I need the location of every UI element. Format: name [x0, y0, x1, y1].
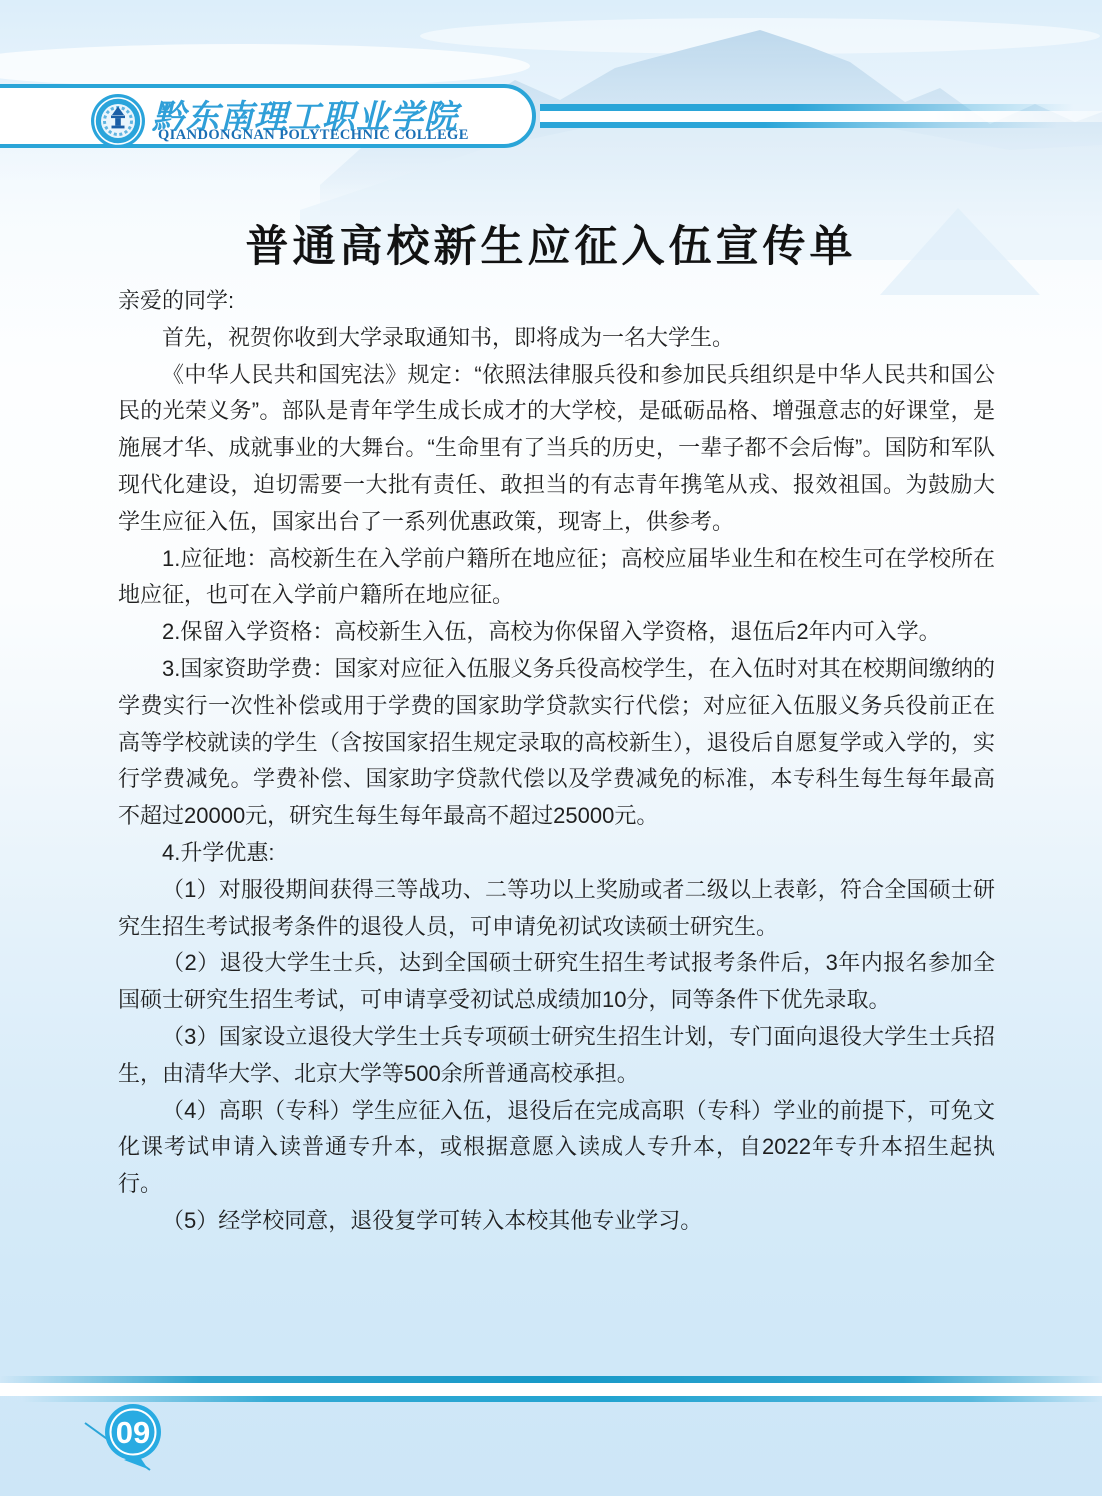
paragraph: （5）经学校同意，退役复学可转入本校其他专业学习。 — [118, 1203, 995, 1240]
header-stripes — [540, 104, 1102, 128]
divider-line-middle — [0, 1383, 1102, 1396]
footer-divider-band — [0, 1376, 1102, 1402]
page-number-badge: 09 — [78, 1400, 170, 1480]
paragraph: 2.保留入学资格：高校新生入伍，高校为你保留入学资格，退伍后2年内可入学。 — [118, 614, 995, 651]
stripe-line-top — [540, 104, 1102, 111]
stripe-line-bottom — [540, 122, 1102, 128]
divider-line-top — [0, 1376, 1102, 1383]
paragraph: 《中华人民共和国宪法》规定：“依照法律服兵役和参加民兵组织是中华人民共和国公民的… — [118, 357, 995, 541]
letter-body: 亲爱的同学: 首先，祝贺你收到大学录取通知书，即将成为一名大学生。 《中华人民共… — [118, 283, 995, 1240]
paragraph: （3）国家设立退役大学生士兵专项硕士研究生招生计划，专门面向退役大学生士兵招生，… — [118, 1019, 995, 1093]
paragraph: 1.应征地：高校新生在入学前户籍所在地应征；高校应届毕业生和在校生可在学校所在地… — [118, 541, 995, 615]
paragraph: 首先，祝贺你收到大学录取通知书，即将成为一名大学生。 — [118, 320, 995, 357]
school-name-english: QIANDONGNAN POLYTECHNIC COLLEGE — [158, 127, 469, 144]
page-number: 09 — [116, 1415, 150, 1450]
paragraph: （2）退役大学生士兵，达到全国硕士研究生招生考试报考条件后，3年内报名参加全国硕… — [118, 945, 995, 1019]
paragraph: 4.升学优惠: — [118, 835, 995, 872]
paragraph: 3.国家资助学费：国家对应征入伍服义务兵役高校学生，在入伍时对其在校期间缴纳的学… — [118, 651, 995, 835]
school-emblem-icon — [90, 93, 146, 149]
paragraph: （4）高职（专科）学生应征入伍，退役后在完成高职（专科）学业的前提下，可免文化课… — [118, 1093, 995, 1203]
page-title: 普通高校新生应征入伍宣传单 — [0, 213, 1102, 274]
stripe-line-middle — [540, 111, 1102, 122]
salutation: 亲爱的同学: — [118, 283, 995, 320]
flyer-page: 黔东南理工职业学院 QIANDONGNAN POLYTECHNIC COLLEG… — [0, 0, 1102, 1496]
paragraph: （1）对服役期间获得三等战功、二等功以上奖励或者二级以上表彰，符合全国硕士研究生… — [118, 872, 995, 946]
